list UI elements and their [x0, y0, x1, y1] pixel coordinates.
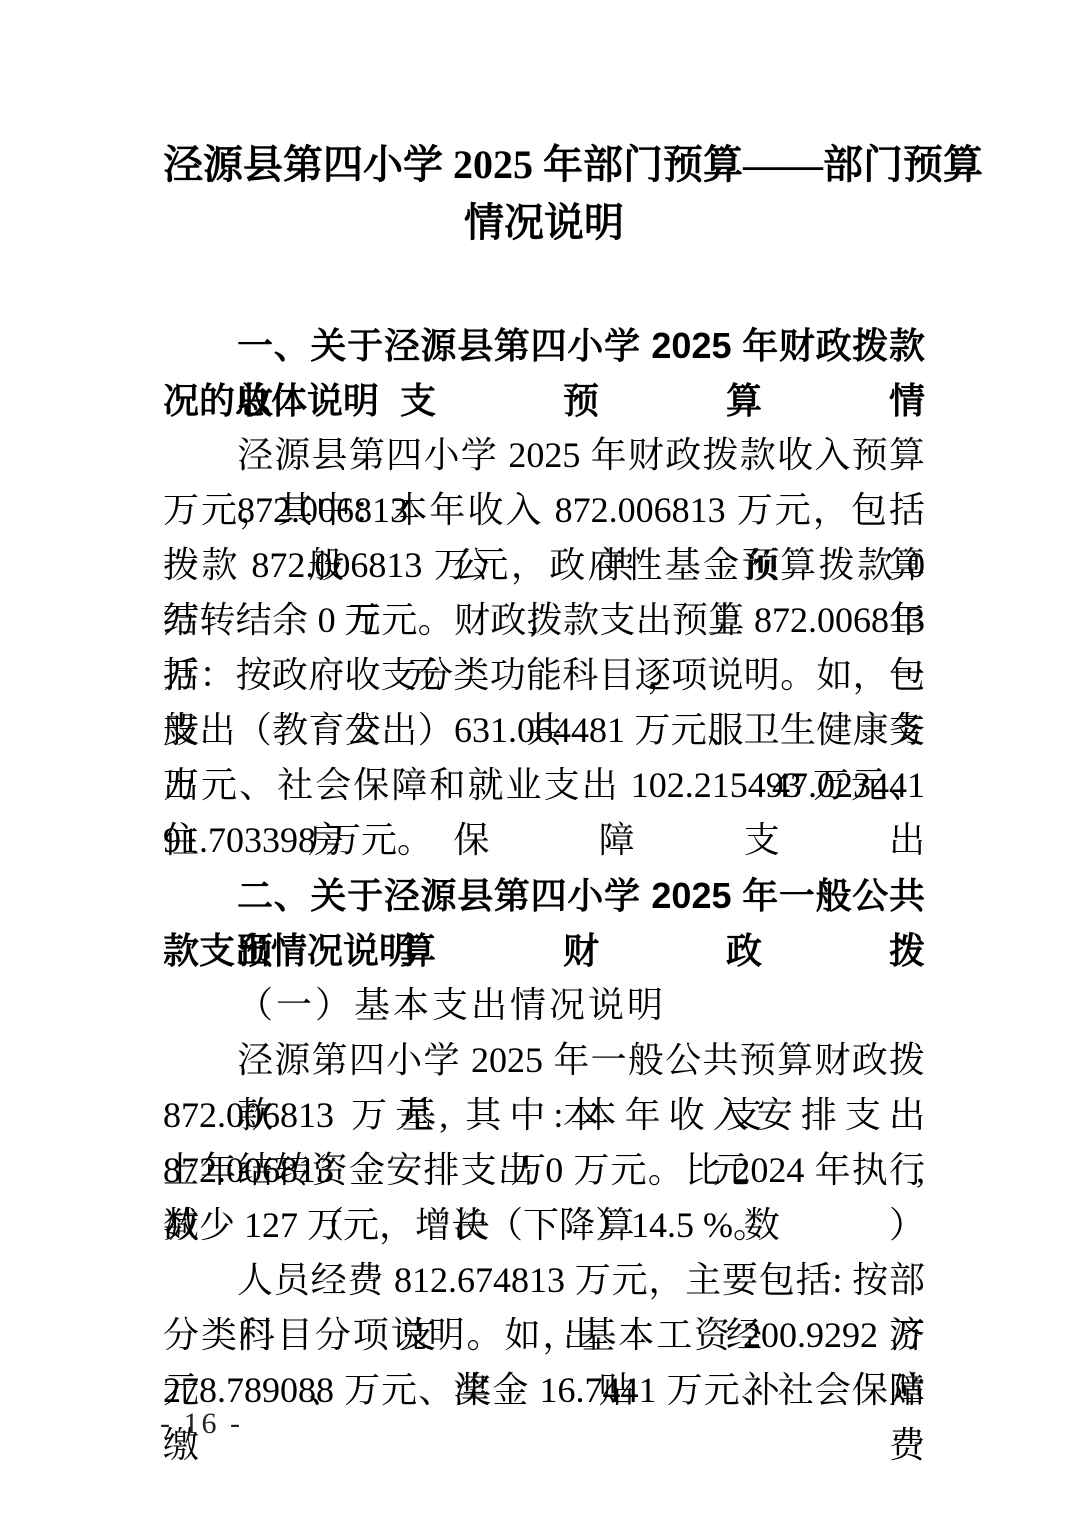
section2-paragraph2-line: 分类科目分项说明。如，基本工资 200.9292 万元、津贴补贴 — [163, 1308, 925, 1363]
section1-paragraph-line: 泾源县第四小学 2025 年财政拨款收入预算 872.006813 — [163, 428, 925, 483]
document-title: 泾源县第四小学 2025 年部门预算——部门预算 情况说明 — [163, 136, 925, 252]
section2-paragraph1-line: 泾源第四小学 2025 年一般公共预算财政拨款基本支出 — [163, 1033, 925, 1088]
section1-paragraph-line: 结转结余 0 万元。财政拨款支出预算 872.006813 万元，包 — [163, 593, 925, 648]
section1-paragraph-line: 拨款 872.006813 万元，政府性基金预算拨款 0 万元；上年 — [163, 538, 925, 593]
section1-paragraph-line: 支出（教育支出）631.064481 万元、卫生健康支出 47.023441 — [163, 703, 925, 758]
section2-paragraph2-line: 人员经费 812.674813 万元，主要包括: 按部门支出经济 — [163, 1253, 925, 1308]
section1-paragraph-line: 万元，其中：本年收入 872.006813 万元，包括一般公共预算 — [163, 483, 925, 538]
section1-paragraph-line: 括：按政府收支分类功能科目逐项说明。如，一般公共服务 — [163, 648, 925, 703]
section2-heading-line-1: 二、关于泾源县第四小学 2025 年一般公共预算财政拨 — [163, 868, 925, 923]
document-page: 泾源县第四小学 2025 年部门预算——部门预算 情况说明 一、关于泾源县第四小… — [0, 0, 1074, 1520]
title-line-2: 情况说明 — [163, 194, 925, 252]
section1-heading-line-1: 一、关于泾源县第四小学 2025 年财政拨款收支预算情 — [163, 318, 925, 373]
section1-paragraph-line: 万元、社会保障和就业支出 102.215493 万元、住房保障支出 — [163, 758, 925, 813]
title-line-1: 泾源县第四小学 2025 年部门预算——部门预算 — [163, 136, 925, 194]
section2-paragraph1-line: 872.006813 万元, 其中: 本年收入安排支出 872.006813 万… — [163, 1088, 925, 1143]
document-content: 泾源县第四小学 2025 年部门预算——部门预算 情况说明 一、关于泾源县第四小… — [163, 136, 925, 1418]
section2-sub-heading: （一）基本支出情况说明 — [163, 978, 925, 1033]
page-number: - 16 - — [160, 1406, 243, 1442]
section2-paragraph2-line: 278.789088 万元、奖金 16.7441 万元、社会保障缴费 — [163, 1363, 925, 1418]
section2-paragraph1-line: 上年结转资金安排支出 0 万元。比 2024 年执行数（决算数） — [163, 1143, 925, 1198]
